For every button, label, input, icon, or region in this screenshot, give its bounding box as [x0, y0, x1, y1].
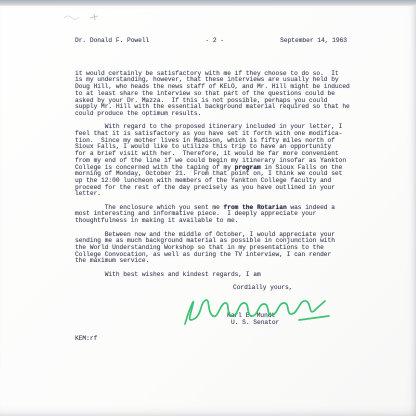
closing-block: Cordially yours, Karl E. Mundt U. S. Sen…: [75, 285, 347, 326]
letter-header: Dr. Donald F. Powell - 2 - September 14,…: [75, 38, 347, 45]
paragraph-3: The enclosure which you sent me from the…: [75, 205, 353, 225]
letter-scan: Dr. Donald F. Powell - 2 - September 14,…: [0, 0, 416, 416]
recipient-name: Dr. Donald F. Powell: [75, 38, 149, 45]
page-number: - 2 -: [205, 38, 224, 45]
letter-page: Dr. Donald F. Powell - 2 - September 14,…: [0, 6, 416, 416]
paragraph-4: Between now and the middle of October, I…: [75, 232, 353, 266]
paragraph-1-text: it would certainly be satisfactory with …: [75, 70, 350, 117]
paragraph-4-text: Between now and the middle of October, I…: [75, 231, 335, 265]
letter-content: Dr. Donald F. Powell - 2 - September 14,…: [75, 38, 353, 343]
letter-date: September 14, 1963: [280, 38, 347, 45]
handwritten-signature: [179, 290, 335, 330]
paragraph-5-text: With best wishes and kindest regards, I …: [75, 271, 261, 278]
pencil-mark: [60, 10, 130, 24]
paragraph-1: it would certainly be satisfactory with …: [75, 71, 353, 118]
paragraph-5: With best wishes and kindest regards, I …: [75, 272, 353, 279]
letter-body: it would certainly be satisfactory with …: [75, 71, 353, 279]
reference-initials: KEM:rf: [75, 336, 353, 343]
paragraph-2: With regard to the proposed itinerary in…: [75, 124, 353, 198]
